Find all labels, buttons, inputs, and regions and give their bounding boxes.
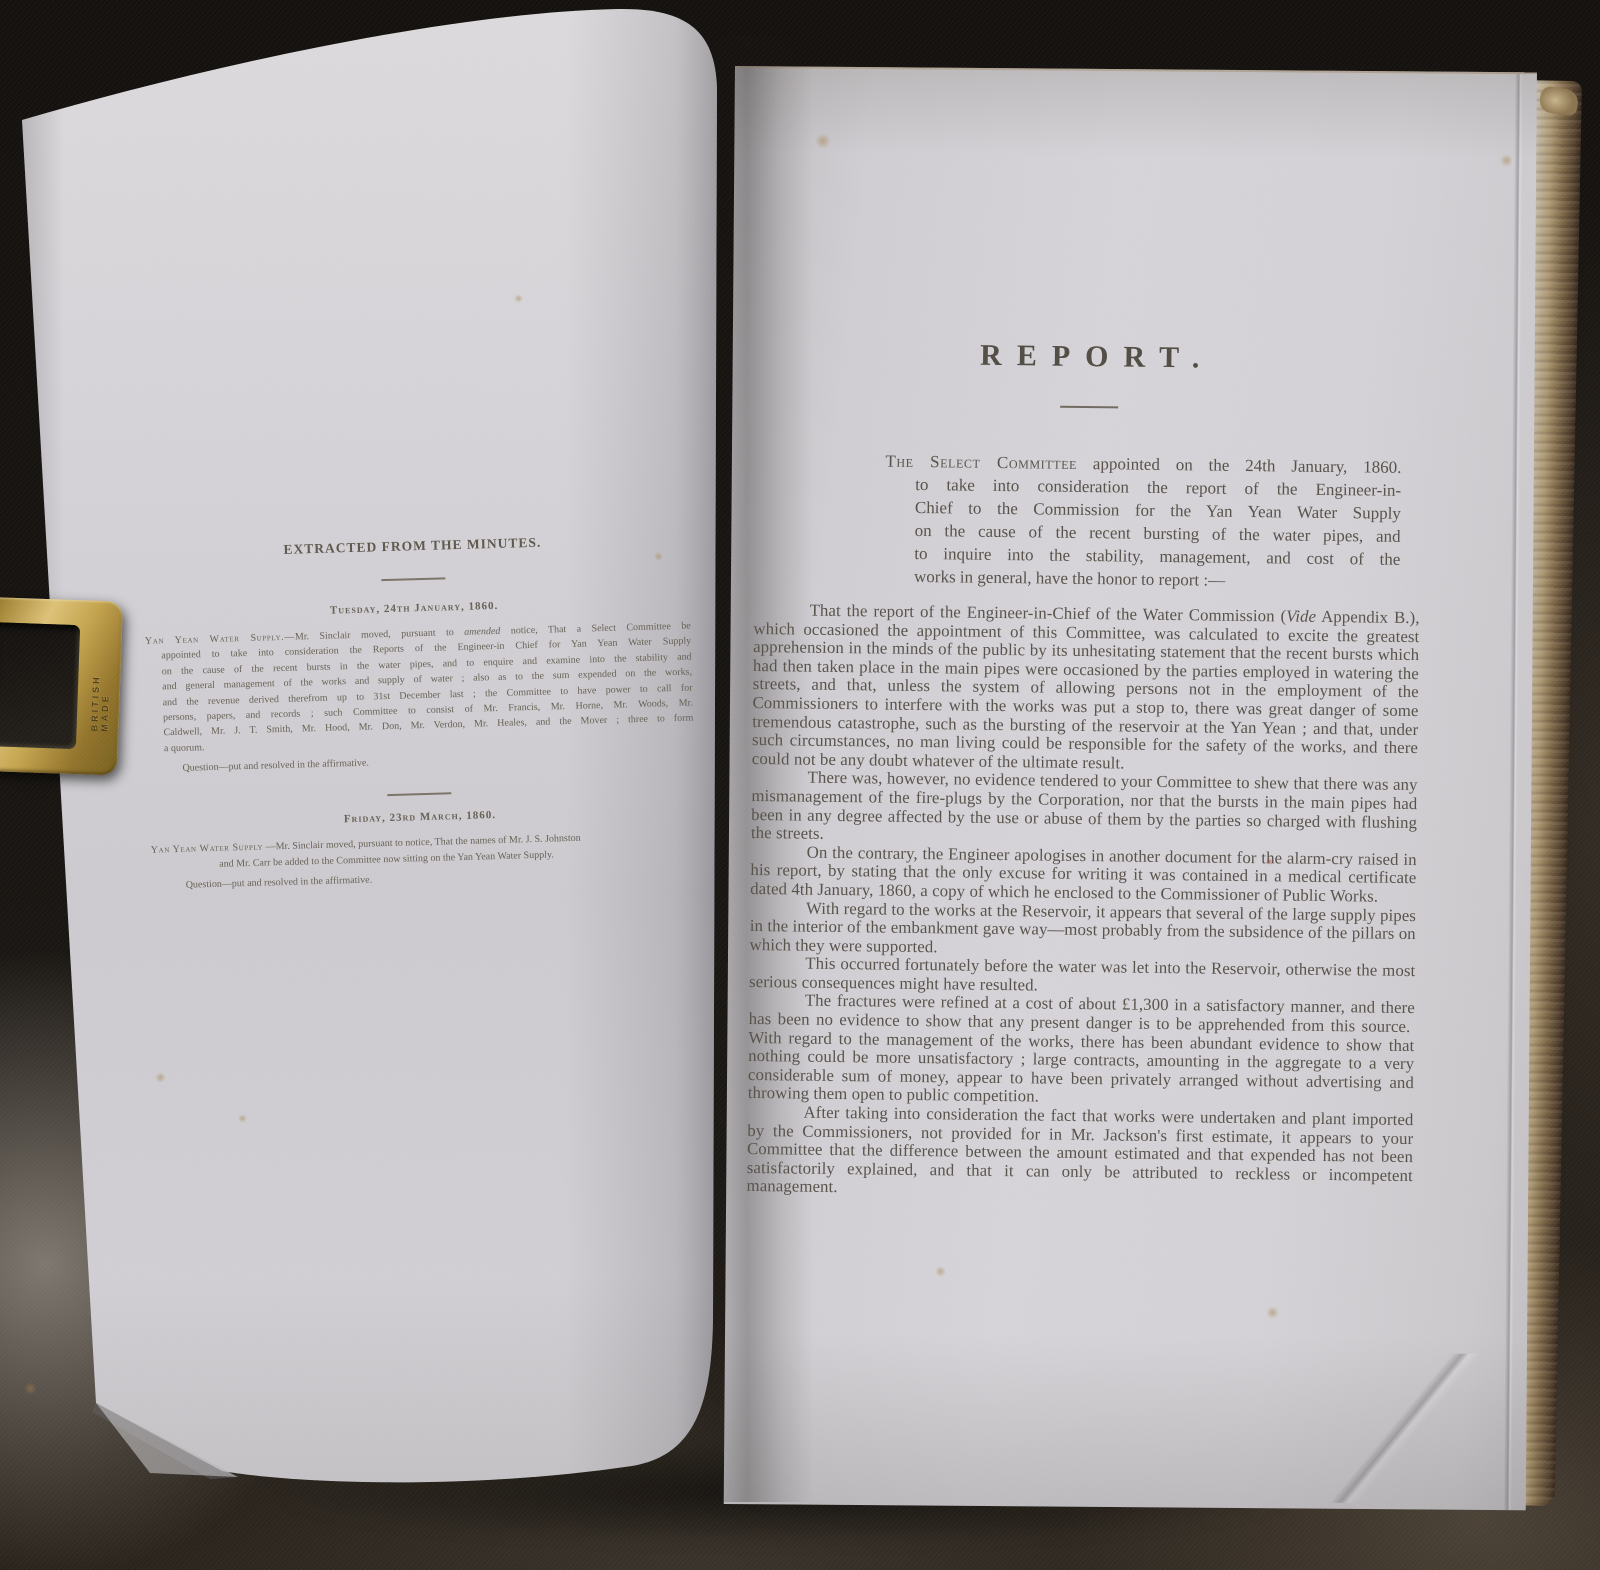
book-photo-scene: EXTRACTED FROM THE MINUTES. Tuesday, 24t… <box>0 0 1600 1570</box>
minute-2-date: Friday, 23rd March, 1860. <box>144 804 696 831</box>
brass-page-clip: BRITISH MADE <box>0 596 123 775</box>
report-title: REPORT. <box>757 336 1423 378</box>
right-page-text: REPORT. The Select Committee appointed o… <box>746 336 1422 1204</box>
report-paragraph: There was, however, no evidence tendered… <box>751 768 1418 851</box>
report-paragraph: With regard to the works at the Reservoi… <box>749 898 1416 962</box>
opening-line-rest: appointed on the 24th January, 1860. <box>1077 454 1402 477</box>
select-committee-lead: The Select Committee <box>885 452 1077 473</box>
left-page-text: EXTRACTED FROM THE MINUTES. Tuesday, 24t… <box>136 521 698 892</box>
opening-paragraph: The Select Committee appointed on the 24… <box>884 450 1402 594</box>
minute-1-entry: Yan Yean Water Supply.—Mr. Sinclair move… <box>139 619 694 758</box>
entry-label: Yan Yean Water Supply <box>151 842 264 856</box>
entry-label: Yan Yean Water Supply.— <box>145 632 295 647</box>
clip-stamp-text: BRITISH MADE <box>89 644 112 732</box>
minute-1-date: Tuesday, 24th January, 1860. <box>138 595 690 622</box>
vide-italic: Vide <box>1286 606 1316 625</box>
clip-opening <box>0 622 80 749</box>
divider-rule <box>1060 406 1118 409</box>
divider-rule <box>381 577 445 581</box>
divider-rule <box>387 793 451 797</box>
vide-after: Appendix B.), which occasioned the appoi… <box>752 607 1420 772</box>
report-paragraph: That the report of the Engineer-in-Chief… <box>752 601 1420 776</box>
entry-italic-word: amended <box>464 626 500 638</box>
report-paragraph: After taking into consideration the fact… <box>746 1103 1413 1204</box>
report-paragraph: On the contrary, the Engineer apologises… <box>750 843 1417 907</box>
report-paragraph: The fractures were refined at a cost of … <box>748 991 1415 1111</box>
report-body: That the report of the Engineer-in-Chief… <box>746 601 1419 1204</box>
